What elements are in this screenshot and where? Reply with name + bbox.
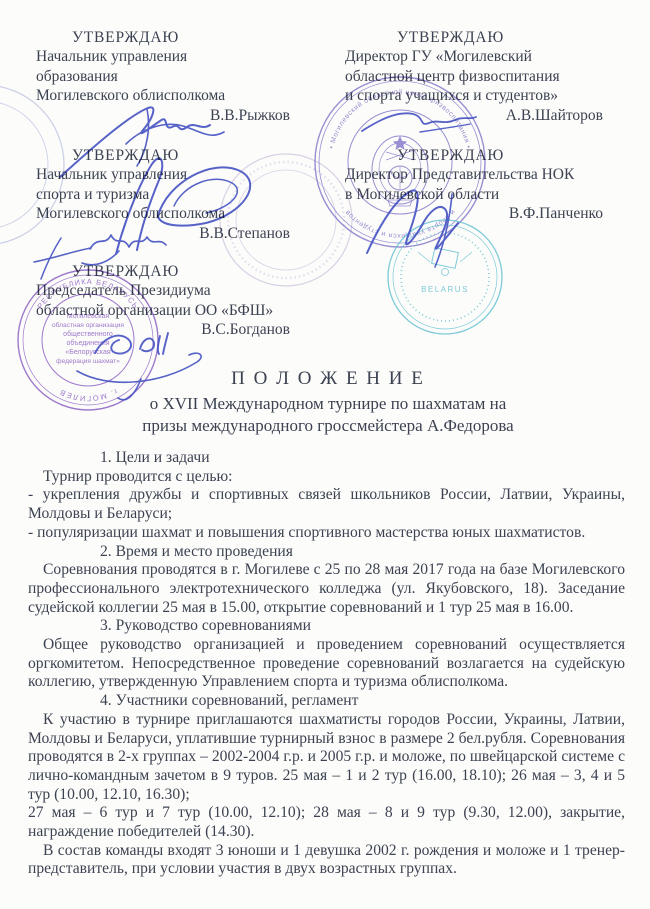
- approval-line: и спорта учащихся и студентов»: [345, 86, 641, 105]
- approval-line: образования: [36, 67, 332, 86]
- approval-heading: УТВЕРЖДАЮ: [397, 28, 641, 47]
- section-3-heading: 3. Руководство соревнованиями: [28, 617, 625, 636]
- approval-line: Председатель Президиума: [36, 281, 332, 300]
- section-1-paragraph: Турнир проводится с целью:: [28, 468, 625, 487]
- approval-line: в Могилевской области: [345, 185, 641, 204]
- stamp-center-line: федерация шахмат»: [56, 358, 120, 365]
- approval-heading: УТВЕРЖДАЮ: [72, 262, 332, 281]
- approval-line: Директор Представительства НОК: [345, 165, 641, 184]
- signee-name: А.В.Шайторов: [345, 106, 641, 125]
- approval-line: Начальник управления: [36, 47, 332, 66]
- approval-line: областной центр физвоспитания: [345, 67, 641, 86]
- section-4-paragraph: В состав команды входят 3 юноши и 1 деву…: [28, 842, 625, 879]
- approval-line: Начальник управления: [36, 165, 332, 184]
- section-3-paragraph: Общее руководство организацией и проведе…: [28, 636, 625, 692]
- signee-name: В.С.Богданов: [36, 320, 332, 339]
- stamp-center-line: «Белорусская: [65, 349, 111, 356]
- approval-heading: УТВЕРЖДАЮ: [397, 146, 641, 165]
- approval-block-sport-center: УТВЕРЖДАЮ Директор ГУ «Могилевский облас…: [345, 28, 641, 125]
- signee-name: В.В.Степанов: [36, 224, 332, 243]
- approval-block-education: УТВЕРЖДАЮ Начальник управления образован…: [36, 28, 332, 125]
- stamp-center-text: BELARUS: [421, 285, 469, 294]
- section-2-paragraph: Соревнования проводятся в г. Могилеве с …: [28, 561, 625, 617]
- page-subtitle-line2: призы международного гроссмейстера А.Фед…: [28, 415, 628, 437]
- approval-block-sport-tourism: УТВЕРЖДАЮ Начальник управления спорта и …: [36, 146, 332, 243]
- round-stamp-nok-belarus: BELARUS: [388, 220, 502, 334]
- approval-block-nok: УТВЕРЖДАЮ Директор Представительства НОК…: [345, 146, 641, 224]
- signee-name: В.Ф.Панченко: [345, 204, 641, 223]
- approval-line: спорта и туризма: [36, 185, 332, 204]
- section-4-paragraph: 27 мая – 6 тур и 7 тур (10.00, 12.10); 2…: [28, 804, 625, 841]
- document-body: 1. Цели и задачи Турнир проводится с цел…: [28, 449, 625, 879]
- section-1-list-item: - популяризации шахмат и повышения спорт…: [28, 524, 625, 543]
- document-page: УТВЕРЖДАЮ Начальник управления образован…: [0, 0, 650, 909]
- stamp-center-line: объединения: [66, 339, 109, 347]
- section-4-paragraph: К участию в турнире приглашаются шахмати…: [28, 711, 625, 805]
- title-block: П О Л О Ж Е Н И Е о XVII Международном т…: [28, 368, 628, 436]
- section-1-list-item: - укрепления дружбы и спортивных связей …: [28, 486, 625, 523]
- approval-heading: УТВЕРЖДАЮ: [72, 146, 332, 165]
- section-2-heading: 2. Время и место проведения: [28, 543, 625, 562]
- approval-heading: УТВЕРЖДАЮ: [72, 28, 332, 47]
- approval-block-bfsh: УТВЕРЖДАЮ Председатель Президиума област…: [36, 262, 332, 340]
- approval-line: областной организации ОО «БФШ»: [36, 301, 332, 320]
- page-subtitle-line1: о XVII Международном турнире по шахматам…: [28, 393, 628, 415]
- approval-line: Директор ГУ «Могилевский: [345, 47, 641, 66]
- section-1-heading: 1. Цели и задачи: [28, 449, 625, 468]
- page-title: П О Л О Ж Е Н И Е: [28, 368, 628, 390]
- signee-name: В.В.Рыжков: [36, 106, 332, 125]
- section-4-heading: 4. Участники соревнований, регламент: [28, 692, 625, 711]
- approval-line: Могилевского облисполкома: [36, 86, 332, 105]
- approval-line: Могилевского облисполкома: [36, 204, 332, 223]
